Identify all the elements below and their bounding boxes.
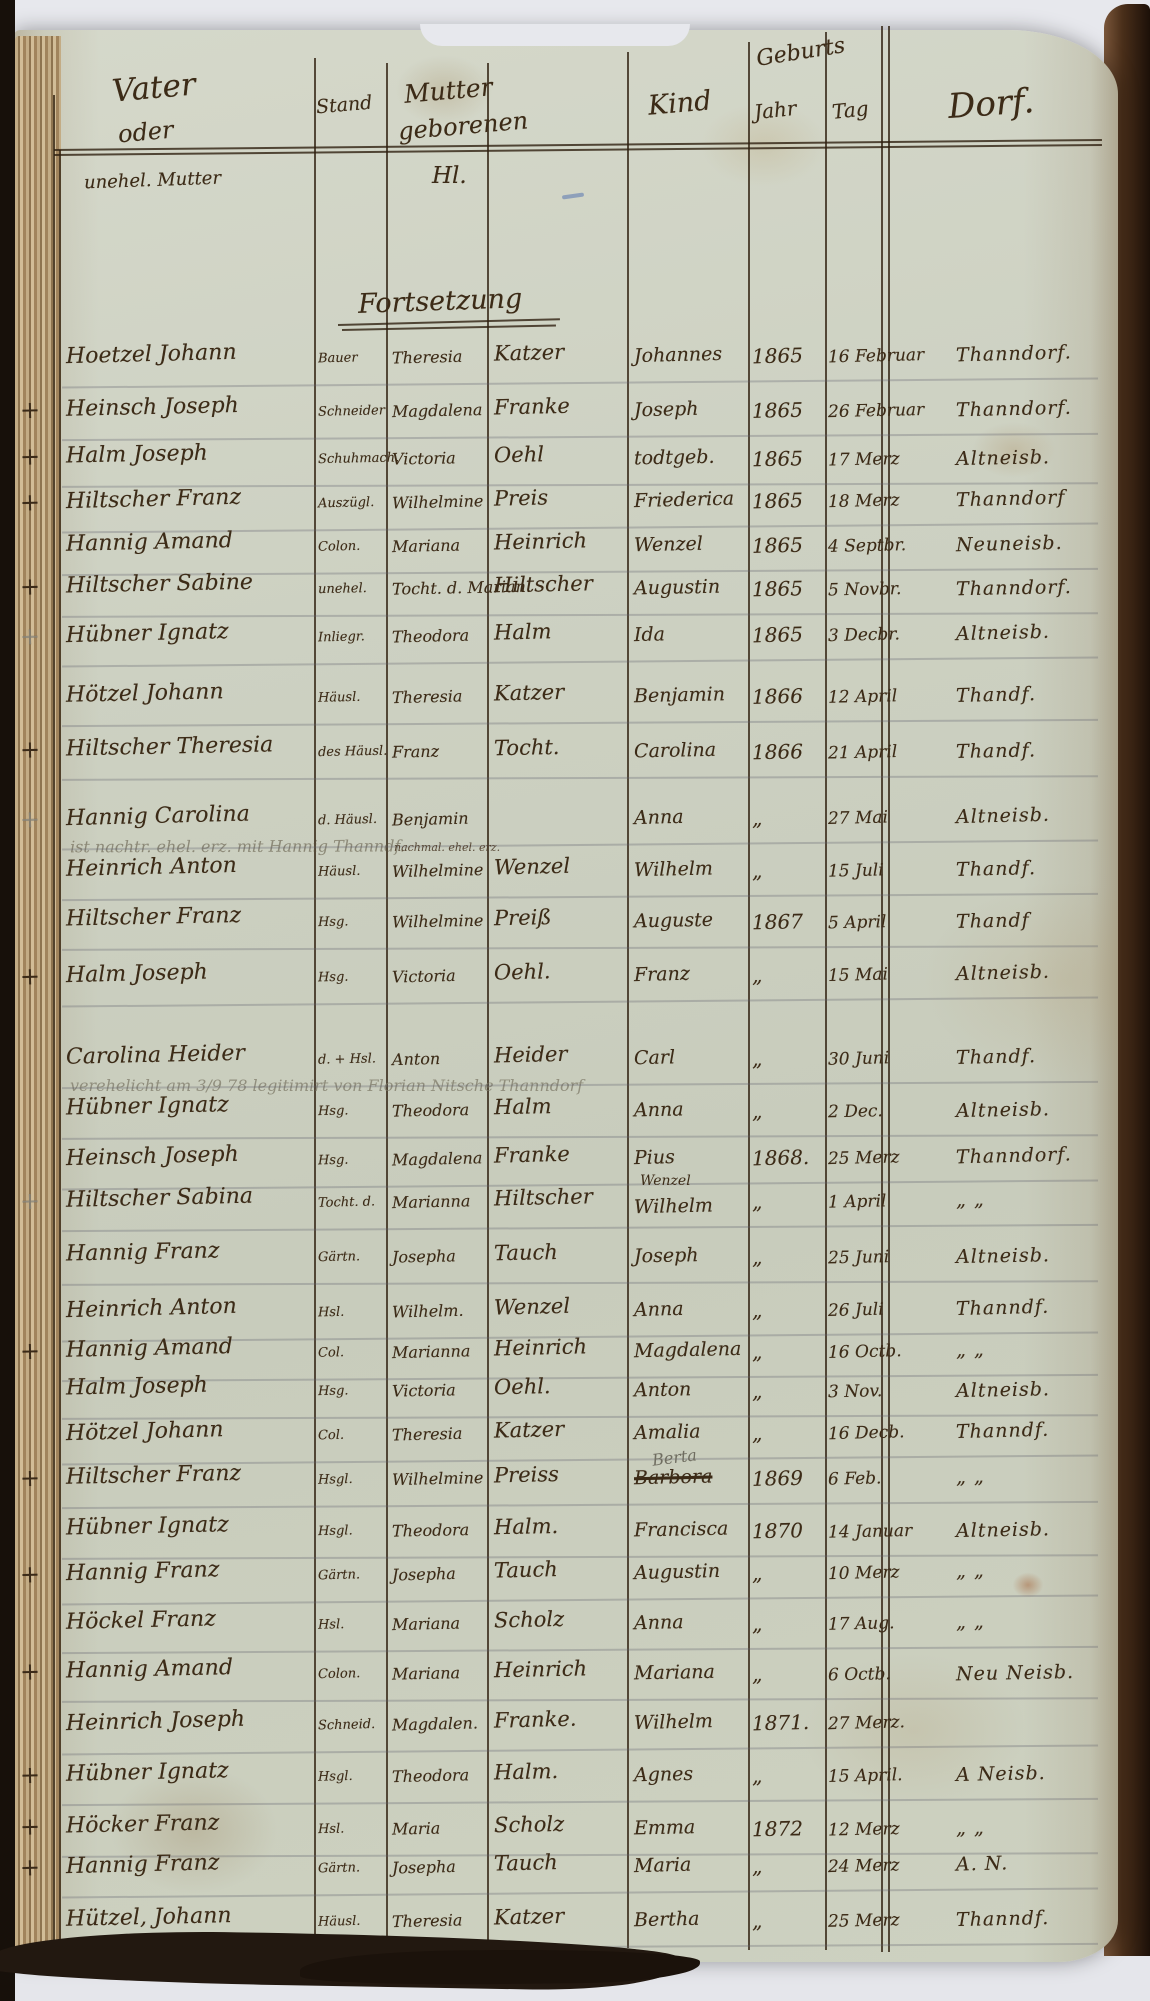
village-cell: Thandf.: [956, 683, 1037, 707]
child-name-cell: Pius: [634, 1144, 745, 1169]
occupation-cell: Hsgl.: [318, 1523, 384, 1539]
pencil-guideline: [62, 775, 1098, 781]
birth-day-cell: 1 April: [828, 1191, 887, 1212]
birth-day-cell: 4 Septbr.: [828, 535, 907, 557]
occupation-cell: des Häusl.: [318, 744, 384, 760]
occupation-cell: Hsl.: [318, 1616, 384, 1632]
birth-year-cell: 1865: [752, 446, 824, 471]
father-or-mother-name-cell: Hannig Franz: [66, 1848, 315, 1879]
occupation-cell: d. + Hsl.: [318, 1051, 384, 1067]
birth-year-cell: 1867: [752, 909, 824, 934]
birth-day-cell: 16 Octb.: [828, 1341, 902, 1363]
birth-year-cell: 1872: [752, 1816, 824, 1841]
child-name-cell: Anton: [634, 1377, 744, 1401]
occupation-cell: Hsgl.: [318, 1768, 384, 1784]
occupation-cell: Häusl.: [318, 689, 384, 705]
village-cell: Altneisb.: [956, 621, 1050, 645]
village-cell: Thandf.: [956, 739, 1036, 763]
village-cell: Thanndf.: [956, 1907, 1050, 1931]
margin-cross-mark: +: [20, 488, 41, 516]
mother-maidenname-cell: Tauch: [494, 1555, 625, 1582]
mother-maidenname-cell: Heinrich: [494, 528, 625, 555]
birth-day-cell: 2 Dec.: [828, 1101, 883, 1122]
occupation-cell: d. Häusl.: [318, 812, 384, 829]
child-name-cell: Friederica: [634, 487, 745, 512]
father-or-mother-name-cell: Hannig Amand: [66, 1332, 315, 1363]
mother-firstname-cell: Theresia: [392, 1423, 486, 1444]
register-row: + Halm Joseph Hsg. Victoria Oehl. Franz …: [0, 955, 1150, 1010]
child-name-cell: Francisca: [634, 1517, 744, 1541]
occupation-cell: Col.: [318, 1344, 384, 1360]
birth-day-cell: 10 Merz: [828, 1562, 900, 1584]
pencil-guideline: [62, 1798, 1098, 1806]
birth-year-cell: „: [752, 1762, 825, 1788]
birth-day-cell: 25 Merz: [828, 1147, 900, 1169]
village-cell: „ „: [956, 1611, 985, 1634]
register-row: Hiltscher Franz Hsg. Wilhelmine Preiß Au…: [0, 901, 1150, 956]
village-cell: Altneisb.: [956, 1244, 1050, 1268]
father-or-mother-name-cell: Hannig Carolina: [66, 800, 315, 831]
section-title: Fortsetzung: [358, 283, 523, 320]
mother-maidenname-cell: Preiss: [494, 1461, 625, 1488]
child-name-cell: Emma: [634, 1815, 744, 1839]
village-cell: Thanndorf.: [956, 576, 1072, 600]
mother-maidenname-cell: Katzer: [494, 338, 625, 365]
mother-firstname-cell: Anton: [392, 1048, 486, 1069]
village-cell: Altneisb.: [956, 961, 1050, 985]
mother-firstname-cell: Benjamin: [392, 808, 486, 829]
birth-year-cell: „: [752, 1338, 825, 1364]
mother-maidenname-cell: Katzer: [494, 1903, 625, 1930]
header-village: Dorf.: [947, 81, 1036, 127]
birth-year-cell: 1865: [752, 343, 825, 369]
mother-maidenname-cell: Hiltscher: [494, 1184, 625, 1211]
mother-maidenname-cell: Oehl: [494, 441, 624, 468]
mother-maidenname-cell: Heinrich: [494, 1656, 624, 1683]
birth-year-cell: „: [752, 1297, 825, 1323]
father-or-mother-name-cell: Heinsch Joseph: [66, 1140, 315, 1171]
child-name-cell: Johannes: [634, 342, 745, 367]
register-row: Höckel Franz Hsl. Mariana Scholz Anna „ …: [0, 1605, 1150, 1657]
birth-year-cell: „: [752, 1610, 825, 1636]
child-name-cell: Benjamin: [634, 683, 744, 707]
birth-year-cell: „: [752, 1244, 824, 1269]
father-or-mother-name-cell: Hübner Ignatz: [66, 1511, 314, 1541]
father-or-mother-name-cell: Hübner Ignatz: [66, 617, 315, 648]
birth-year-cell: 1866: [752, 683, 825, 709]
pencil-guideline: [62, 377, 1098, 388]
birth-year-cell: „: [752, 1853, 825, 1879]
mother-maidenname-cell: Scholz: [494, 1606, 625, 1633]
birth-day-cell: 17 Merz: [828, 449, 900, 470]
birth-day-cell: 15 Mai: [828, 965, 889, 987]
occupation-cell: unehel.: [318, 581, 384, 597]
birth-day-cell: 3 Decbr.: [828, 624, 900, 646]
occupation-cell: Hsg.: [318, 1383, 384, 1399]
birth-day-cell: 5 Novbr.: [828, 579, 902, 600]
birth-year-cell: 1869: [752, 1465, 825, 1491]
mother-maidenname-cell: Tauch: [494, 1848, 625, 1875]
birth-year-cell: 1866: [752, 739, 824, 764]
village-cell: A. N.: [956, 1852, 1009, 1875]
mother-firstname-cell: Victoria: [392, 448, 486, 469]
father-or-mother-name-cell: Hiltscher Sabine: [66, 569, 314, 599]
birth-day-cell: 27 Mai: [828, 808, 889, 830]
birth-year-cell: „: [752, 1560, 825, 1586]
mother-maidenname-cell: Preiß: [494, 904, 624, 931]
mother-maidenname-cell: Halm.: [494, 1758, 625, 1785]
birth-year-cell: „: [752, 1378, 824, 1403]
occupation-cell: Gärtn.: [318, 1860, 384, 1877]
interlinear-note-above: nachmal. ehel. erz.: [394, 841, 500, 854]
register-row: + Hiltscher Franz Hsgl. Wilhelmine Preis…: [0, 1460, 1150, 1512]
birth-day-cell: 21 April: [828, 742, 898, 763]
village-cell: A Neisb.: [956, 1762, 1046, 1786]
child-name-cell: Joseph: [634, 1243, 744, 1267]
village-cell: Thandf.: [956, 857, 1037, 881]
margin-cross-mark: +: [20, 1464, 41, 1492]
mother-maidenname-cell: Heinrich: [494, 1334, 625, 1361]
father-or-mother-name-cell: Heinrich Anton: [66, 1292, 315, 1323]
pencil-guideline: [62, 945, 1098, 951]
mother-maidenname-cell: Tocht.: [494, 734, 624, 761]
header-child: Kind: [647, 85, 713, 121]
margin-cross-mark: +: [20, 962, 41, 990]
occupation-cell: Gärtn.: [318, 1249, 384, 1265]
birth-day-cell: 17 Aug.: [828, 1613, 895, 1635]
birth-day-cell: 26 Juli: [828, 1300, 884, 1321]
register-row: Hötzel Johann Häusl. Theresia Katzer Ben…: [0, 678, 1150, 730]
birth-year-cell: „: [752, 1098, 824, 1123]
mother-maidenname-cell: Heider: [494, 1041, 625, 1068]
village-cell: Altneisb.: [956, 1098, 1050, 1122]
child-name-cell: Joseph: [634, 397, 744, 421]
pencil-guideline: [62, 1697, 1098, 1703]
occupation-cell: Colon.: [318, 538, 384, 554]
birth-year-cell: „: [752, 1188, 825, 1214]
child-name-cell: Wilhelm: [634, 1709, 745, 1734]
mother-firstname-cell: Theodora: [392, 1765, 486, 1786]
margin-cross-mark: +: [20, 622, 41, 650]
birth-year-cell: „: [752, 1045, 825, 1071]
father-or-mother-name-cell: Hiltscher Franz: [66, 1459, 315, 1490]
child-name-cell: Anna: [634, 1097, 744, 1121]
mother-firstname-cell: Josepha: [392, 1246, 486, 1267]
village-cell: Thanndorf.: [956, 1143, 1072, 1168]
pencil-guideline: [62, 1744, 1098, 1755]
mother-maidenname-cell: Franke: [494, 393, 625, 420]
father-or-mother-name-cell: Hübner Ignatz: [66, 1091, 314, 1121]
father-or-mother-name-cell: Hannig Amand: [66, 526, 315, 557]
mother-maidenname-cell: Wenzel: [494, 1292, 625, 1319]
birth-day-cell: 24 Merz: [828, 1855, 900, 1877]
mother-maidenname-cell: Katzer: [494, 679, 625, 706]
birth-year-cell: 1865: [752, 397, 825, 423]
margin-cross-mark: +: [20, 1853, 41, 1881]
mother-firstname-cell: Magdalen.: [392, 1713, 486, 1734]
occupation-cell: Tocht. d.: [318, 1194, 384, 1210]
register-row: Heinrich Joseph Schneid. Magdalen. Frank…: [0, 1703, 1150, 1758]
mother-maidenname-cell: Halm: [494, 1093, 624, 1120]
margin-cross-mark: +: [20, 1761, 41, 1789]
birth-day-cell: 16 Decb.: [828, 1422, 905, 1444]
child-name-cell: Franz: [634, 961, 745, 986]
occupation-cell: Hsl.: [318, 1304, 384, 1321]
birth-day-cell: 6 Octb.: [828, 1664, 891, 1685]
village-cell: Neuneisb.: [956, 532, 1063, 556]
child-name-cell: Auguste: [634, 908, 744, 932]
register-row: + Hannig Amand Colon. Mariana Heinrich M…: [0, 1653, 1150, 1708]
pencil-guideline: [62, 1280, 1098, 1286]
occupation-cell: Häusl.: [318, 1913, 384, 1929]
village-cell: Altneisb.: [956, 1378, 1050, 1402]
father-or-mother-name-cell: Heinrich Anton: [66, 851, 315, 882]
pencil-guideline: [62, 1887, 1098, 1898]
mother-firstname-cell: Mariana: [392, 1613, 486, 1634]
village-cell: Thandf.: [956, 1045, 1037, 1069]
mother-firstname-cell: Franz: [392, 741, 486, 762]
village-cell: „ „: [956, 1189, 985, 1212]
birth-year-cell: „: [752, 962, 825, 988]
birth-day-cell: 30 Juni: [828, 1048, 890, 1069]
occupation-cell: Hsgl.: [318, 1471, 384, 1487]
birth-day-cell: 25 Merz: [828, 1910, 900, 1932]
mother-firstname-cell: Wilhelm.: [392, 1300, 486, 1321]
register-row: Heinrich Anton Häusl. Wilhelmine Wenzel …: [0, 852, 1150, 904]
mother-firstname-cell: Josepha: [392, 1563, 486, 1584]
village-cell: Altneisb.: [956, 446, 1050, 470]
birth-year-cell: „: [752, 1907, 825, 1933]
mother-firstname-cell: Theresia: [392, 346, 486, 367]
father-or-mother-name-cell: Hiltscher Franz: [66, 483, 315, 514]
father-or-mother-name-cell: Hannig Franz: [66, 1237, 314, 1267]
birth-day-cell: 25 Juni: [828, 1247, 890, 1268]
village-cell: „ „: [956, 1817, 985, 1840]
page-top-edge-wave: [420, 24, 690, 46]
occupation-cell: Schneid.: [318, 1717, 384, 1734]
birth-year-cell: 1865: [752, 576, 824, 601]
occupation-cell: Häusl.: [318, 863, 384, 879]
register-row: + Hannig Franz Gärtn. Josepha Tauch Augu…: [0, 1553, 1150, 1608]
birth-day-cell: 14 Januar: [828, 1521, 913, 1543]
mother-firstname-cell: Theodora: [392, 625, 486, 646]
father-or-mother-name-cell: Halm Joseph: [66, 957, 315, 988]
occupation-cell: Hsg.: [318, 1152, 384, 1169]
register-row: + Hannig Franz Gärtn. Josepha Tauch Mari…: [0, 1846, 1150, 1901]
mother-maidenname-cell: Franke: [494, 1140, 625, 1167]
pencil-guideline: [62, 719, 1098, 727]
mother-firstname-cell: Wilhelmine: [392, 911, 486, 932]
father-or-mother-name-cell: Hötzel Johann: [66, 1415, 315, 1446]
occupation-cell: Bauer: [318, 350, 384, 367]
child-name-cell: Augustin: [634, 575, 744, 599]
child-name-cell: Maria: [634, 1852, 745, 1877]
register-row: + Hiltscher Sabina Tocht. d. Marianna Hi…: [0, 1183, 1150, 1235]
occupation-cell: Gärtn.: [318, 1567, 384, 1584]
child-name-cell: Carl: [634, 1045, 744, 1069]
mother-maidenname-cell: Halm.: [494, 1513, 624, 1540]
pencil-guideline: [62, 1501, 1098, 1509]
father-or-mother-name-cell: Hannig Amand: [66, 1654, 314, 1684]
mother-maidenname-cell: Tauch: [494, 1239, 624, 1266]
mother-maidenname-cell: Wenzel: [494, 853, 625, 880]
occupation-cell: Schuhmach.: [318, 451, 384, 467]
child-name-cell: Bertha: [634, 1907, 744, 1931]
birth-year-cell: „: [752, 1661, 824, 1686]
child-name-cell: Wilhelm: [634, 857, 744, 881]
village-cell: „ „: [956, 1560, 985, 1583]
occupation-cell: Schneider: [318, 403, 384, 419]
header-father-line1: Vater: [111, 66, 197, 109]
father-or-mother-name-cell: Heinsch Joseph: [66, 391, 315, 422]
father-or-mother-name-cell: Halm Joseph: [66, 1371, 314, 1401]
pencil-guideline: [62, 996, 1098, 1007]
mother-maidenname-cell: Hiltscher: [494, 571, 624, 598]
mother-firstname-cell: Tocht. d. Marian.: [392, 578, 486, 599]
header-mother-note: Hl.: [432, 163, 467, 189]
margin-cross-mark: +: [20, 442, 41, 470]
child-name-cell: Magdalena: [634, 1338, 744, 1362]
pencil-guideline: [62, 1224, 1098, 1232]
register-row: + Hiltscher Theresia des Häusl. Franz To…: [0, 731, 1150, 786]
child-name-cell: Wenzel: [634, 532, 744, 556]
father-or-mother-name-cell: Hoetzel Johann: [66, 338, 315, 369]
margin-cross-mark: +: [20, 396, 41, 424]
village-cell: Thanndf.: [956, 1419, 1050, 1443]
margin-cross-mark: +: [20, 805, 41, 833]
father-or-mother-name-cell: Höckel Franz: [66, 1604, 315, 1635]
birth-year-cell: „: [752, 1420, 825, 1446]
father-or-mother-name-cell: Heinrich Joseph: [66, 1705, 315, 1736]
birth-day-cell: 27 Merz.: [828, 1712, 905, 1734]
birth-day-cell: 15 Juli: [828, 860, 884, 881]
father-or-mother-name-cell: Halm Joseph: [66, 439, 314, 469]
father-or-mother-name-cell: Hannig Franz: [66, 1555, 315, 1586]
pencil-guideline: [62, 893, 1098, 901]
village-cell: Thanndorf: [956, 486, 1066, 511]
register-row: Hannig Franz Gärtn. Josepha Tauch Joseph…: [0, 1236, 1150, 1291]
village-cell: Altneisb.: [956, 1518, 1050, 1542]
father-or-mother-name-cell: Carolina Heider: [66, 1039, 315, 1070]
birth-day-cell: 12 Merz: [828, 1819, 900, 1840]
birth-day-cell: 6 Feb.: [828, 1468, 882, 1489]
birth-day-cell: 15 April.: [828, 1765, 903, 1787]
mother-firstname-cell: Josepha: [392, 1856, 486, 1877]
margin-cross-mark: +: [20, 1657, 41, 1685]
mother-firstname-cell: Theresia: [392, 686, 486, 707]
birth-year-cell: 1865: [752, 622, 825, 648]
occupation-cell: Col.: [318, 1427, 384, 1444]
child-name-cell: Barbora: [634, 1465, 744, 1489]
birth-day-cell: 16 Februar: [828, 345, 925, 367]
header-day: Tag: [831, 96, 870, 124]
register-row: + Hannig Carolina d. Häusl. Benjamin Ann…: [0, 798, 1150, 853]
birth-year-cell: „: [752, 805, 825, 831]
child-name-cell: Anna: [634, 1610, 744, 1634]
margin-cross-mark: +: [20, 572, 41, 600]
margin-cross-mark: +: [20, 1187, 41, 1215]
mother-firstname-cell: Wilhelmine: [392, 860, 486, 881]
mother-firstname-cell: Theodora: [392, 1100, 486, 1121]
mother-firstname-cell: Victoria: [392, 1380, 486, 1401]
header-father-line2: oder: [117, 116, 175, 149]
occupation-cell: Inliegr.: [318, 629, 384, 646]
birth-year-cell: 1868.: [752, 1145, 825, 1171]
mother-firstname-cell: Magdalena: [392, 400, 486, 421]
margin-cross-mark: +: [20, 1560, 41, 1588]
child-name-cell: Ida: [634, 621, 745, 646]
village-cell: „ „: [956, 1339, 985, 1362]
margin-cross-mark: +: [20, 1337, 41, 1365]
mother-firstname-cell: Victoria: [392, 965, 486, 986]
father-or-mother-name-cell: Hiltscher Sabina: [66, 1182, 315, 1213]
mother-firstname-cell: Maria: [392, 1818, 486, 1839]
birth-year-cell: 1865: [752, 488, 825, 514]
father-or-mother-name-cell: Hötzel Johann: [66, 677, 315, 708]
pencil-guideline: [62, 1594, 1098, 1605]
mother-maidenname-cell: Oehl.: [494, 1373, 624, 1400]
village-cell: Thandf: [956, 909, 1030, 932]
mother-firstname-cell: Marianna: [392, 1191, 486, 1212]
pencil-guideline: [62, 656, 1098, 667]
mother-firstname-cell: Magdalena: [392, 1148, 486, 1169]
father-or-mother-name-cell: Hützel, Johann: [66, 1901, 315, 1932]
birth-year-cell: „: [752, 857, 825, 883]
register-row: Hoetzel Johann Bauer Theresia Katzer Joh…: [0, 336, 1150, 391]
register-row: + Hübner Ignatz Hsgl. Theodora Halm. Agn…: [0, 1757, 1150, 1809]
birth-year-cell: 1870: [752, 1518, 824, 1543]
birth-day-cell: 18 Merz: [828, 490, 900, 512]
child-name-cell: Anna: [634, 804, 745, 829]
village-cell: Altneisb.: [956, 804, 1050, 828]
occupation-cell: Colon.: [318, 1666, 384, 1682]
child-name-cell: Wilhelm: [634, 1194, 744, 1218]
mother-firstname-cell: Theresia: [392, 1910, 486, 1931]
father-or-mother-name-cell: Hiltscher Franz: [66, 902, 314, 932]
village-cell: Neu Neisb.: [956, 1661, 1074, 1685]
mother-maidenname-cell: Franke.: [494, 1705, 625, 1732]
birth-day-cell: 26 Februar: [828, 400, 925, 422]
village-cell: „ „: [956, 1466, 985, 1489]
father-or-mother-name-cell: Hiltscher Theresia: [66, 732, 314, 762]
child-name-cell: Carolina: [634, 738, 744, 762]
child-name-cell: Augustin: [634, 1559, 745, 1584]
margin-cross-mark: +: [20, 735, 41, 763]
father-or-mother-name-cell: Höcker Franz: [66, 1809, 314, 1839]
occupation-cell: Hsg.: [318, 914, 384, 930]
mother-maidenname-cell: Preis: [494, 483, 625, 510]
child-name-cell: Agnes: [634, 1762, 744, 1786]
birth-year-cell: 1865: [752, 532, 825, 558]
mother-firstname-cell: Mariana: [392, 535, 486, 556]
child-name-cell: Mariana: [634, 1660, 744, 1684]
village-cell: Thanndf.: [956, 1296, 1050, 1320]
mother-firstname-cell: Wilhelmine: [392, 491, 486, 512]
mother-firstname-cell: Theodora: [392, 1520, 486, 1541]
mother-maidenname-cell: Oehl.: [494, 957, 625, 984]
birth-day-cell: 5 April: [828, 912, 887, 933]
pencil-guideline: [62, 1646, 1098, 1654]
mother-firstname-cell: Marianna: [392, 1341, 486, 1362]
child-name-cell: Amalia: [634, 1419, 745, 1444]
register-row: Hübner Ignatz Hsg. Theodora Halm Anna „ …: [0, 1090, 1150, 1145]
village-cell: Thanndorf.: [956, 341, 1072, 366]
occupation-cell: Hsl.: [318, 1821, 384, 1837]
birth-year-cell: 1871.: [752, 1710, 825, 1736]
mother-maidenname-cell: Katzer: [494, 1415, 625, 1442]
margin-cross-mark: +: [20, 1812, 41, 1840]
father-or-mother-name-cell: Hübner Ignatz: [66, 1756, 315, 1787]
